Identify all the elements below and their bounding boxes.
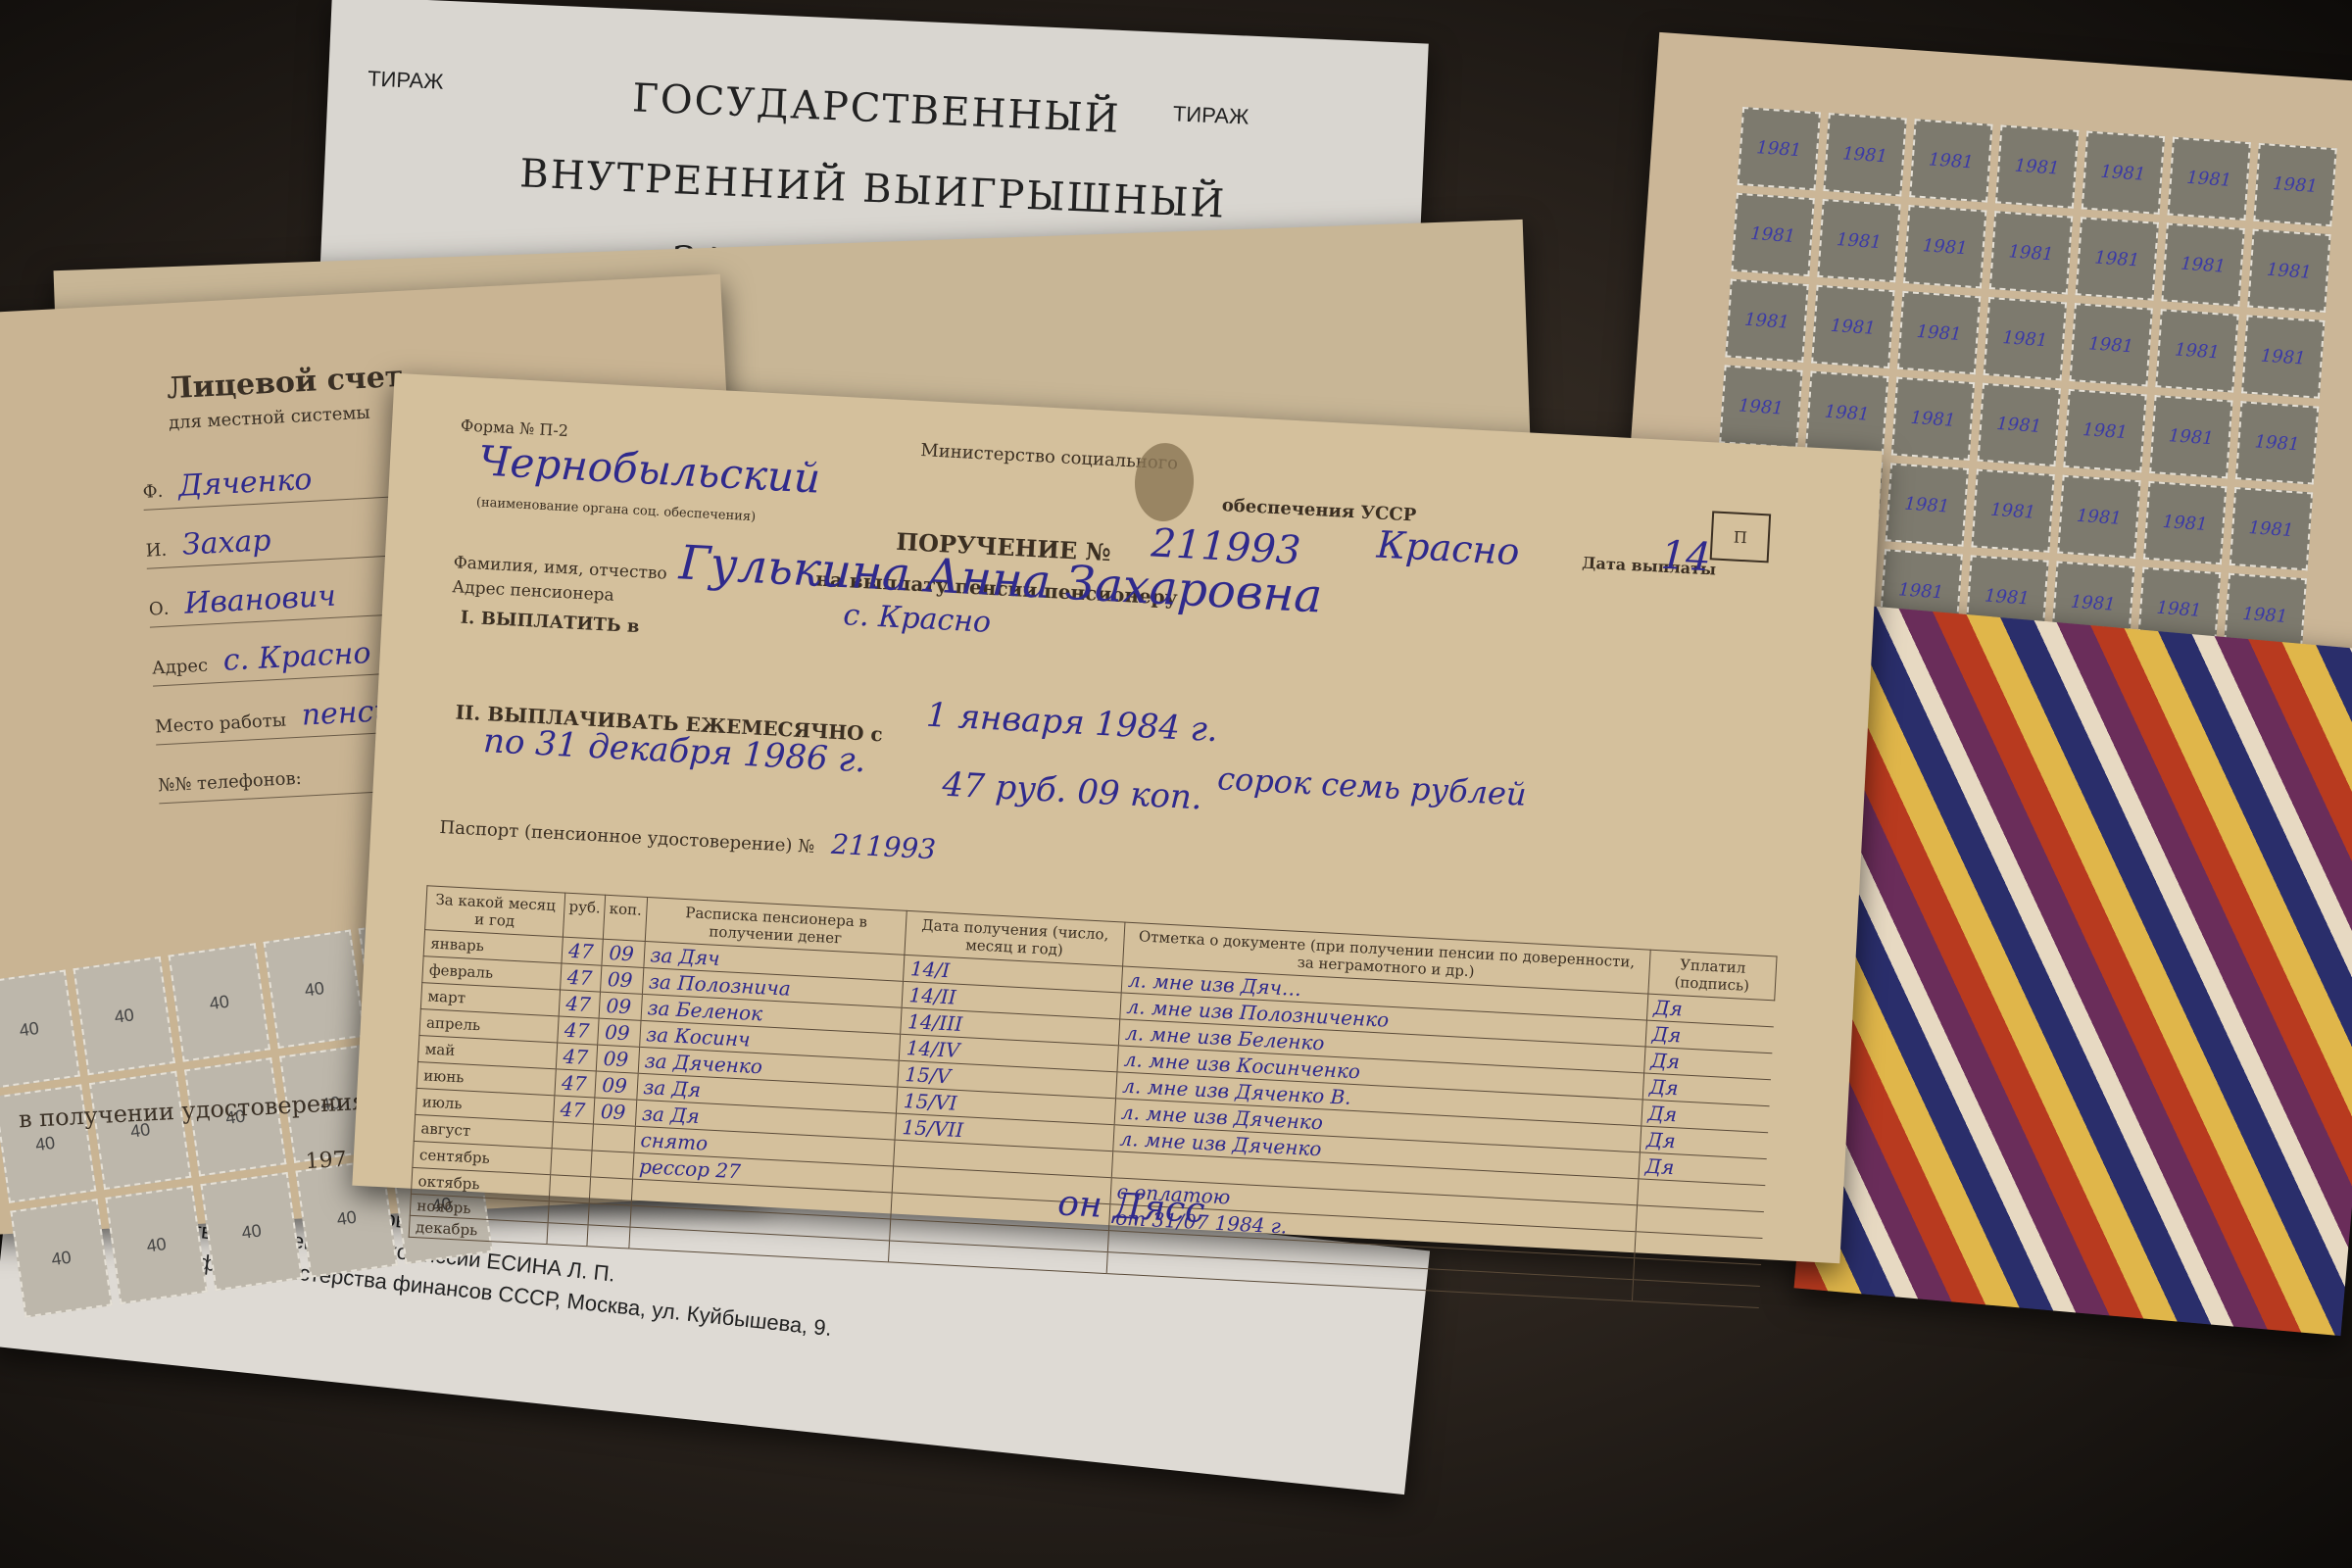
stamp: 1981 — [1971, 469, 2054, 553]
decorative-artwork — [1794, 605, 2352, 1336]
form-box: П — [1710, 511, 1772, 563]
cell-rub — [552, 1122, 594, 1151]
stamp: 1981 — [2168, 137, 2251, 220]
account-row-value: Захар — [181, 523, 271, 563]
cell-rub: 47 — [559, 990, 601, 1018]
stamp: 40 — [169, 943, 270, 1061]
stamp: 1981 — [2241, 315, 2325, 398]
sum-in-words: сорок семь рублей — [1216, 759, 1527, 812]
pensioner-address: с. Красно — [843, 598, 992, 640]
stamp: 1981 — [1725, 279, 1808, 363]
cell-rub: 47 — [556, 1043, 598, 1071]
stamp: 1981 — [1731, 193, 1814, 276]
stamp: 1981 — [2082, 131, 2165, 215]
stamp: 1981 — [1897, 291, 1981, 374]
account-row-label: И. — [145, 540, 167, 562]
address-label: Адрес пенсионера — [452, 577, 614, 606]
stamp: 1981 — [2057, 475, 2140, 559]
stamp: 1981 — [1995, 124, 2079, 208]
stamp: 1981 — [2076, 217, 2159, 300]
organ-name: Чернобыльский — [477, 436, 821, 502]
photo-scene: ТИРАЖ ТИРАЖ ГОСУДАРСТВЕННЫЙ ВНУТРЕННИЙ В… — [0, 0, 2352, 1568]
start-date: 1 января 1984 г. — [925, 696, 1219, 751]
stamp: 40 — [10, 1199, 112, 1317]
stamp: 1981 — [1811, 285, 1894, 368]
cell-rub — [551, 1149, 593, 1177]
stamp: 40 — [0, 969, 80, 1088]
account-row-label: Адрес — [152, 656, 209, 679]
passport-label: Паспорт (пенсионное удостоверение) № — [439, 817, 815, 857]
cell-kop: 09 — [594, 1098, 637, 1126]
cell-rub: 47 — [561, 963, 603, 992]
organ-caption: (наименование органа соц. обеспечения) — [476, 495, 757, 524]
stamp: 40 — [73, 956, 175, 1075]
stamp: 1981 — [1984, 297, 2067, 380]
form-number: Форма № П-2 — [461, 416, 569, 440]
passport-number: 211993 — [830, 828, 936, 866]
cell-rub: 47 — [555, 1069, 597, 1098]
stamp: 1981 — [2069, 303, 2152, 386]
cell-rub — [548, 1201, 589, 1225]
cell-kop: 09 — [595, 1071, 638, 1100]
account-card-title: Лицевой счет — [166, 360, 404, 407]
cell-rub: 47 — [562, 937, 604, 965]
signature: он Дясс — [1056, 1183, 1205, 1231]
cell-kop: 09 — [601, 965, 644, 994]
stamp: 1981 — [1989, 211, 2073, 294]
lottery-heading-2: ВНУТРЕННИЙ ВЫИГРЫШНЫЙ — [372, 147, 1373, 231]
table-header: За какой месяц и год — [425, 886, 565, 937]
account-card-subtitle: для местной системы — [168, 403, 370, 434]
account-row-label: О. — [148, 599, 170, 620]
cell-rub — [547, 1223, 588, 1247]
cell-kop — [590, 1177, 633, 1205]
stamp: 1981 — [2247, 229, 2330, 313]
stamp: 40 — [200, 1172, 302, 1291]
account-row-label: Ф. — [142, 481, 164, 503]
stamp: 1981 — [2149, 395, 2232, 478]
stamp: 1981 — [2253, 143, 2336, 226]
cell-kop — [591, 1151, 634, 1179]
stamp: 40 — [105, 1186, 207, 1304]
cell-kop: 09 — [598, 1018, 641, 1047]
cell-kop — [588, 1203, 630, 1227]
stamp: 1981 — [2063, 389, 2146, 472]
table-header: коп. — [604, 895, 647, 941]
cell-rub: 47 — [554, 1096, 596, 1124]
stamp: 40 — [89, 1071, 191, 1190]
stamp: 1981 — [2143, 481, 2227, 564]
payment-table: За какой месяц и годруб.коп.Расписка пен… — [409, 885, 1778, 1308]
stamp: 1981 — [1909, 119, 1992, 202]
stamp: 1981 — [2161, 222, 2244, 306]
tiraz-right: ТИРАЖ — [1172, 101, 1249, 129]
table-header: руб. — [563, 893, 606, 939]
stamp: 1981 — [2235, 401, 2319, 484]
stamp: 1981 — [1817, 199, 1900, 282]
tiraz-left: ТИРАЖ — [367, 66, 445, 94]
cell-kop: 09 — [597, 1045, 640, 1073]
ministry-line-2: обеспечения УССР — [1221, 495, 1416, 525]
cell-kop — [587, 1225, 629, 1249]
stamp: 1981 — [1823, 113, 1906, 196]
stamp: 1981 — [2155, 309, 2238, 392]
stamp: 1981 — [1805, 370, 1888, 454]
stamp: 40 — [264, 930, 366, 1049]
payment-place: Красно — [1376, 523, 1521, 574]
stamp: 1981 — [1719, 365, 1802, 448]
cell-kop — [592, 1124, 635, 1152]
account-row-value: Иванович — [183, 579, 336, 621]
table-header: Уплатил (подпись) — [1648, 950, 1778, 1001]
payment-date-value: 14 — [1660, 533, 1712, 581]
cell-kop: 09 — [602, 939, 645, 967]
account-row-label: Место работы — [155, 710, 287, 738]
account-row-label: №№ телефонов: — [158, 768, 302, 797]
section-1-label: I. ВЫПЛАТИТЬ в — [460, 608, 640, 638]
stamp: 1981 — [1738, 107, 1821, 190]
monthly-sum: 47 руб. 09 коп. — [942, 765, 1203, 818]
account-row-value — [317, 757, 318, 791]
account-row-value: Дяченко — [177, 463, 313, 504]
stamp: 1981 — [1886, 463, 1969, 546]
cell-rub: 47 — [558, 1016, 600, 1045]
cell-rub — [549, 1175, 591, 1203]
cell-kop: 09 — [599, 992, 642, 1020]
stamp: 1981 — [2229, 487, 2313, 570]
account-row-value: с. Красно — [222, 636, 371, 678]
stamp: 1981 — [1903, 205, 1986, 288]
pension-order-document: Форма № П-2 Министерство социального обе… — [352, 373, 1882, 1263]
stamp: 1981 — [1891, 377, 1975, 461]
stamp: 1981 — [1978, 383, 2061, 466]
